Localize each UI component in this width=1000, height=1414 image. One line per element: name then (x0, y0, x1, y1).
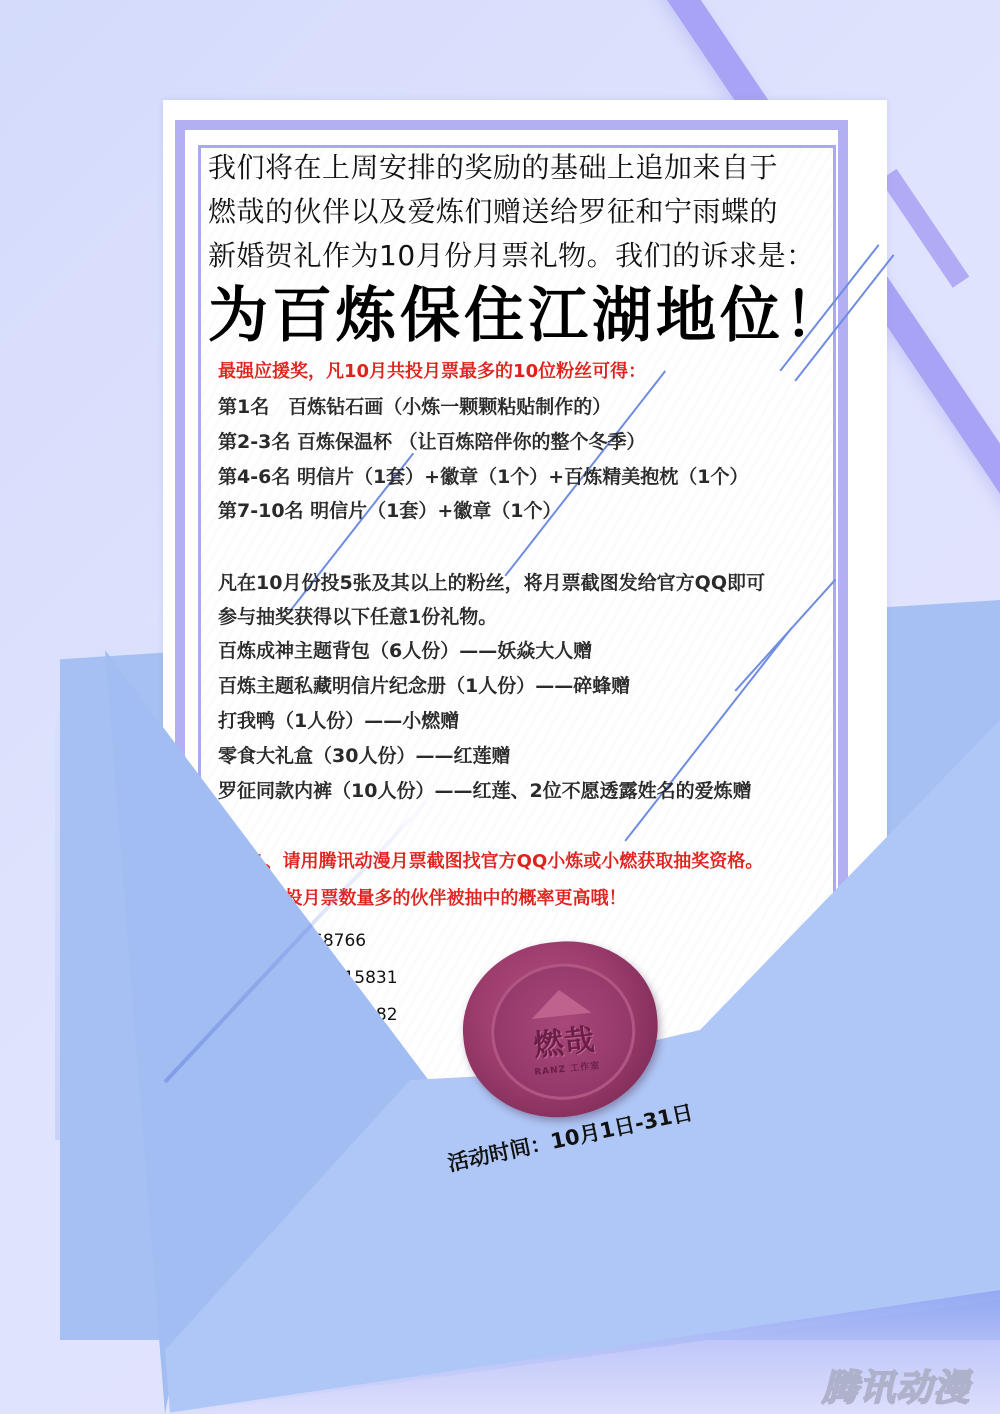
lottery-intro-line: 凡在10月份投5张及其以上的粉丝，将月票截图发给官方QQ即可 (218, 566, 765, 601)
prize-item: 第7-10名 明信片（1套）+徽章（1个） (218, 494, 562, 529)
ps-line-2: 2、投月票数量多的伙伴被抽中的概率更高哦！ (254, 884, 627, 910)
prize-item: 第1名 百炼钻石画（小炼一颗颗粘贴制作的） (218, 390, 611, 425)
seal-roof-icon (529, 986, 591, 1018)
gift-item: 打我鸭（1人份）——小燃赠 (218, 704, 459, 739)
gift-item: 罗征同款内裤（10人份）——红莲、2位不愿透露姓名的爱炼赠 (218, 774, 752, 809)
lottery-intro-line: 参与抽奖获得以下任意1份礼物。 (218, 600, 497, 635)
decorative-line (624, 628, 791, 842)
intro-line: 燃哉的伙伴以及爱炼们赠送给罗征和宁雨蝶的 (208, 190, 778, 234)
wax-seal-emblem: 燃哉 RANZ 工作室 (485, 957, 642, 1107)
seal-logo-text: 燃哉 (531, 1014, 597, 1064)
gift-item: 百炼主题私藏明信片纪念册（1人份）——碎蜂赠 (218, 669, 630, 704)
gift-item: 零食大礼盒（30人份）——红莲赠 (218, 739, 510, 774)
tencent-comics-watermark: 腾讯动漫 (822, 1360, 970, 1411)
prize-item: 第2-3名 百炼保温杯 （让百炼陪伴你的整个冬季） (218, 425, 646, 460)
gift-item: 百炼成神主题背包（6人份）——妖焱大人赠 (218, 634, 592, 669)
prize-item: 第4-6名 明信片（1套）+徽章（1个）+百炼精美抱枕（1个） (218, 460, 748, 495)
top-fans-title: 最强应援奖，凡10月共投月票最多的10位粉丝可得： (218, 357, 646, 383)
headline: 为百炼保住江湖地位！ (208, 268, 848, 354)
ps-line-1: PS：1、请用腾讯动漫月票截图找官方QQ小炼或小燃获取抽奖资格。 (208, 847, 763, 873)
intro-line: 我们将在上周安排的奖励的基础上追加来自于 (208, 146, 778, 190)
